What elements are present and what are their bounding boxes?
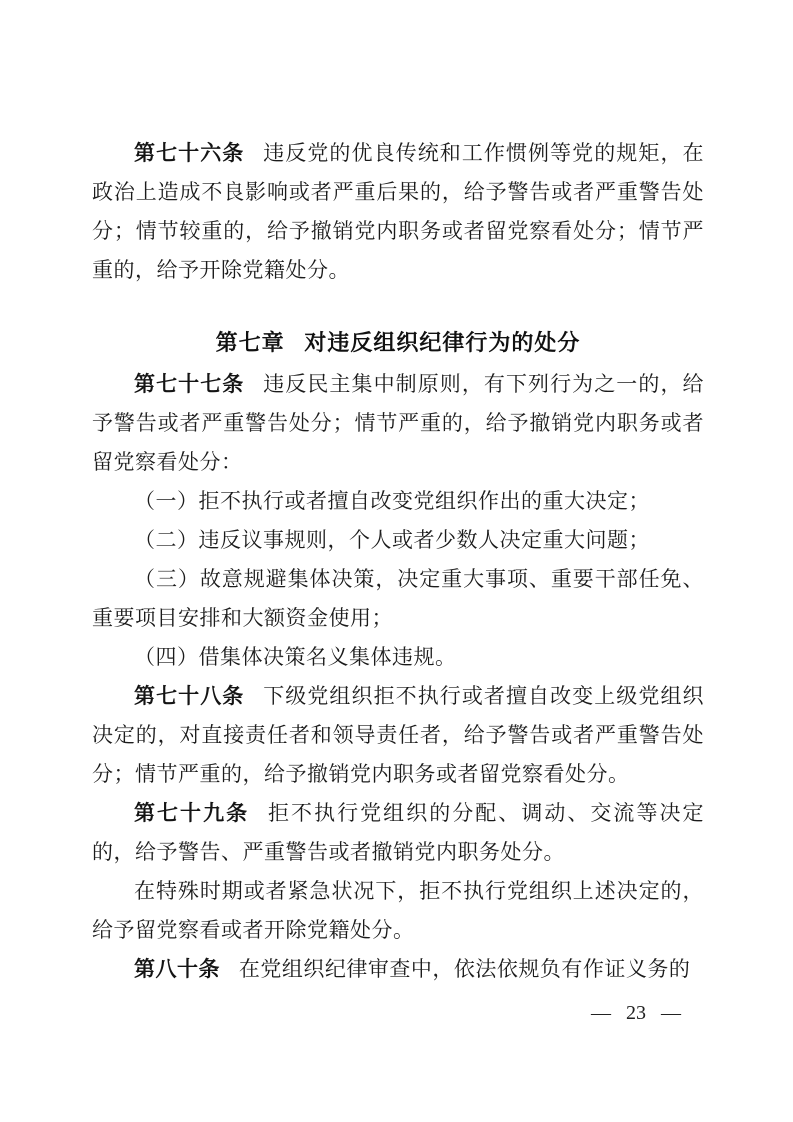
page-number: 23	[626, 1002, 646, 1024]
article-text: 在党组织纪律审查中，依法依规负有作证义务的	[239, 957, 691, 981]
article-paragraph: 第八十条在党组织纪律审查中，依法依规负有作证义务的	[92, 950, 704, 989]
document-page: 第七十六条违反党的优良传统和工作惯例等党的规矩，在政治上造成不良影响或者严重后果…	[0, 0, 793, 1122]
article-paragraph: 第七十九条拒不执行党组织的分配、调动、交流等决定的，给予警告、严重警告或者撤销党…	[92, 794, 704, 872]
footer-dash-right: —	[661, 1002, 681, 1024]
article-number: 第七十六条	[134, 142, 244, 165]
article-paragraph: 第七十八条下级党组织拒不执行或者擅自改变上级党组织决定的，对直接责任者和领导责任…	[92, 677, 704, 794]
list-item-paragraph: （四）借集体决策名义集体违规。	[92, 638, 704, 677]
article-paragraph: 第七十七条违反民主集中制原则，有下列行为之一的，给予警告或者严重警告处分；情节严…	[92, 365, 704, 482]
chapter-title: 对违反组织纪律行为的处分	[304, 330, 580, 355]
list-item-paragraph: （三）故意规避集体决策，决定重大事项、重要干部任免、重要项目安排和大额资金使用；	[92, 560, 704, 638]
article-number: 第八十条	[134, 958, 220, 981]
body-paragraph: 在特殊时期或者紧急状况下，拒不执行党组织上述决定的，给予留党察看或者开除党籍处分…	[92, 872, 704, 950]
page-footer: —23—	[591, 1000, 681, 1026]
chapter-heading: 第七章对违反组织纪律行为的处分	[92, 323, 704, 362]
article-number: 第七十七条	[134, 373, 244, 396]
article-number: 第七十九条	[134, 802, 249, 825]
footer-dash-left: —	[591, 1002, 611, 1024]
list-item-paragraph: （二）违反议事规则，个人或者少数人决定重大问题；	[92, 521, 704, 560]
list-item-paragraph: （一）拒不执行或者擅自改变党组织作出的重大决定；	[92, 482, 704, 521]
document-body: 第七十六条违反党的优良传统和工作惯例等党的规矩，在政治上造成不良影响或者严重后果…	[92, 134, 704, 989]
article-paragraph: 第七十六条违反党的优良传统和工作惯例等党的规矩，在政治上造成不良影响或者严重后果…	[92, 134, 704, 290]
article-number: 第七十八条	[134, 685, 244, 708]
chapter-number: 第七章	[216, 330, 285, 355]
